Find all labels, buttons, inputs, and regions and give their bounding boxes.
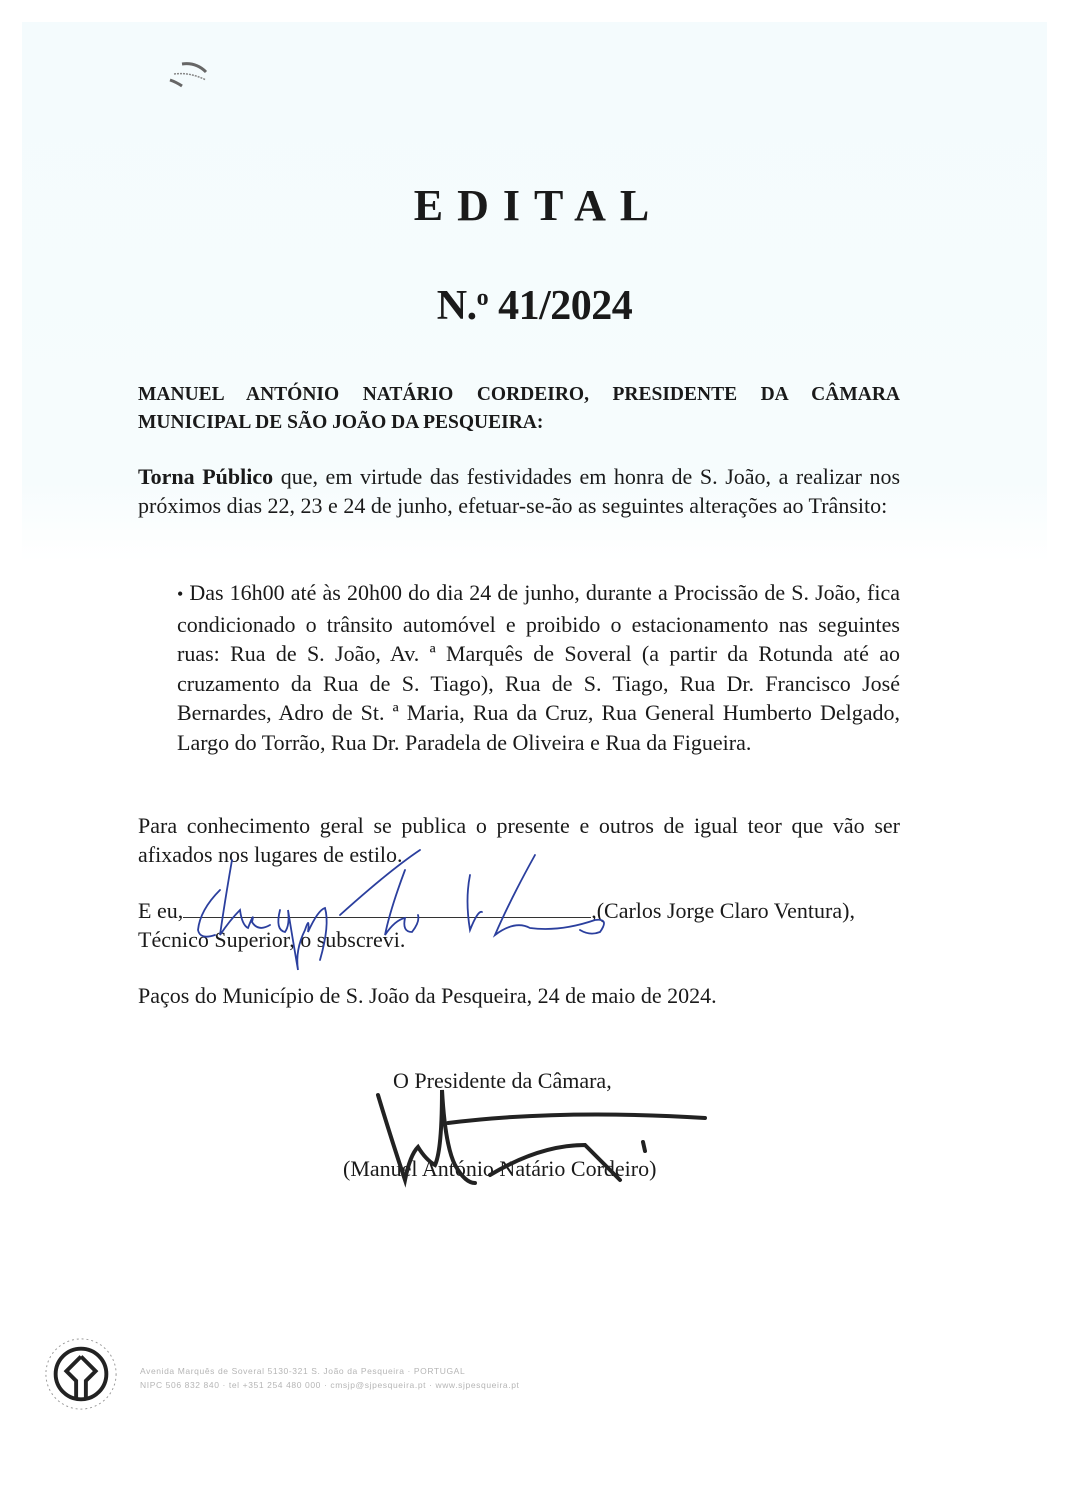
footer-address: Avenida Marquês de Soveral 5130-321 S. J…	[140, 1364, 520, 1378]
heading-line-2: MUNICIPAL DE SÃO JOÃO DA PESQUEIRA:	[138, 412, 543, 433]
world-heritage-emblem-icon	[42, 1335, 120, 1413]
number-prefix: N.	[437, 283, 477, 329]
issuer-heading: MANUEL ANTÓNIO NATÁRIO CORDEIRO, PRESIDE…	[138, 381, 900, 437]
intro-bold: Torna Público	[138, 464, 273, 489]
place-and-date: Paços do Município de S. João da Pesquei…	[138, 981, 717, 1010]
number-ordinal: o	[477, 285, 489, 311]
edital-number: N.o 41/2024	[0, 282, 1069, 330]
number-value: 41/2024	[498, 283, 632, 329]
technician-signature	[180, 840, 630, 980]
heading-line-1: MANUEL ANTÓNIO NATÁRIO CORDEIRO, PRESIDE…	[138, 381, 900, 409]
subscriber-name: ,(Carlos Jorge Claro Ventura),	[591, 898, 855, 923]
document-title: EDITAL	[0, 180, 1069, 231]
bullet-icon: •	[177, 584, 183, 604]
president-signature	[360, 1085, 720, 1195]
subscriber-prefix: E eu,	[138, 898, 183, 923]
footer-contact: Avenida Marquês de Soveral 5130-321 S. J…	[140, 1364, 520, 1392]
bullet-text: Das 16h00 até às 20h00 do dia 24 de junh…	[177, 580, 900, 755]
traffic-restriction-item: •Das 16h00 até às 20h00 do dia 24 de jun…	[177, 578, 900, 757]
footer-contacts: NIPC 506 832 840 · tel +351 254 480 000 …	[140, 1378, 520, 1392]
municipal-mark-icon	[168, 58, 228, 98]
intro-paragraph: Torna Público que, em virtude das festiv…	[138, 462, 900, 520]
